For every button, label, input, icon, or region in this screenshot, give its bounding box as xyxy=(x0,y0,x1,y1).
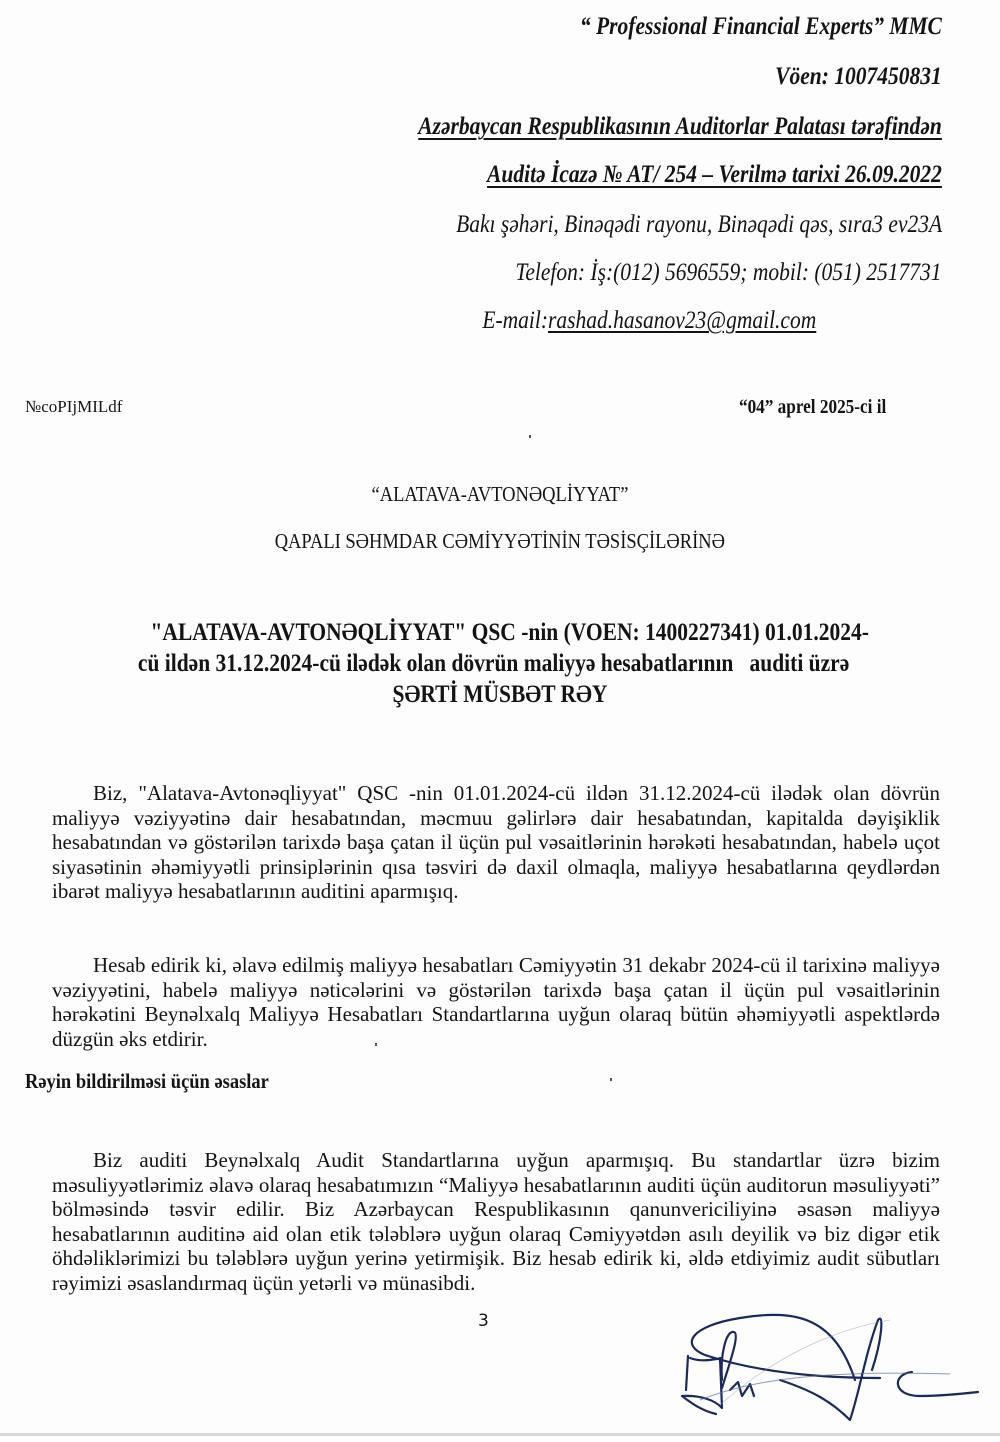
chamber-of-auditors-line: Azərbaycan Respublikasının Auditorlar Pa… xyxy=(418,112,942,142)
basis-for-opinion-paragraph: Biz auditi Beynəlxalq Audit Standartları… xyxy=(52,1148,940,1295)
opinion-type-text: ŞƏRTİ MÜSBƏT RƏY xyxy=(393,679,608,710)
page-bottom-edge xyxy=(0,1433,1000,1436)
document-page: “ Professional Financial Experts” MMC Vö… xyxy=(0,0,1000,1442)
auditor-phone: Telefon: İş:(012) 5696559; mobil: (051) … xyxy=(516,258,942,288)
auditor-email: E-mail:rashad.hasanov23@gmail.com xyxy=(482,306,816,336)
audit-license-line: Auditə İcazə № AT/ 254 – Verilmə tarixi … xyxy=(487,160,942,190)
email-link[interactable]: rashad.hasanov23@gmail.com xyxy=(548,307,816,334)
auditor-tax-id: Vöen: 1007450831 xyxy=(775,62,942,92)
opinion-title-line-1: "ALATAVA-AVTONƏQLİYYAT" QSC -nin (VOEN: … xyxy=(10,617,1000,648)
auditor-address: Bakı şəhəri, Binəqədi rayonu, Binəqədi q… xyxy=(456,210,942,240)
opinion-paragraph-conclusion: Hesab edirik ki, əlavə edilmiş maliyyə h… xyxy=(52,953,940,1051)
basis-for-opinion-heading: Rəyin bildirilməsi üçün əsaslar xyxy=(25,1068,269,1094)
addressee-founders-text: QAPALI SƏHMDAR CƏMİYYƏTİNİN TƏSİSÇİLƏRİN… xyxy=(275,527,725,555)
scan-speck xyxy=(610,1078,612,1081)
reference-number: №coPIjMILdf xyxy=(25,396,122,418)
addressee-founders: QAPALI SƏHMDAR CƏMİYYƏTİNİN TƏSİSÇİLƏRİN… xyxy=(0,527,1000,555)
opinion-title-line-1-text: "ALATAVA-AVTONƏQLİYYAT" QSC -nin (VOEN: … xyxy=(151,617,869,648)
email-label: E-mail: xyxy=(482,307,548,334)
addressee-company-text: “ALATAVA-AVTONƏQLİYYAT” xyxy=(372,480,629,508)
scan-speck xyxy=(375,1043,377,1046)
addressee-company: “ALATAVA-AVTONƏQLİYYAT” xyxy=(0,480,1000,508)
document-date: “04” aprel 2025-ci il xyxy=(739,394,886,420)
opinion-type-heading: ŞƏRTİ MÜSBƏT RƏY xyxy=(0,679,1000,710)
opinion-title-line-2: cü ildən 31.12.2024-cü ilədək olan dövrü… xyxy=(0,648,994,679)
auditor-company-name: “ Professional Financial Experts” MMC xyxy=(580,12,942,42)
opinion-paragraph-scope: Biz, "Alatava-Avtonəqliyyat" QSC -nin 01… xyxy=(52,781,940,904)
signature-icon xyxy=(660,1300,990,1430)
scan-speck xyxy=(529,435,531,438)
page-number: 3 xyxy=(478,1311,489,1331)
opinion-title-line-2-text: cü ildən 31.12.2024-cü ilədək olan dövrü… xyxy=(138,648,849,679)
